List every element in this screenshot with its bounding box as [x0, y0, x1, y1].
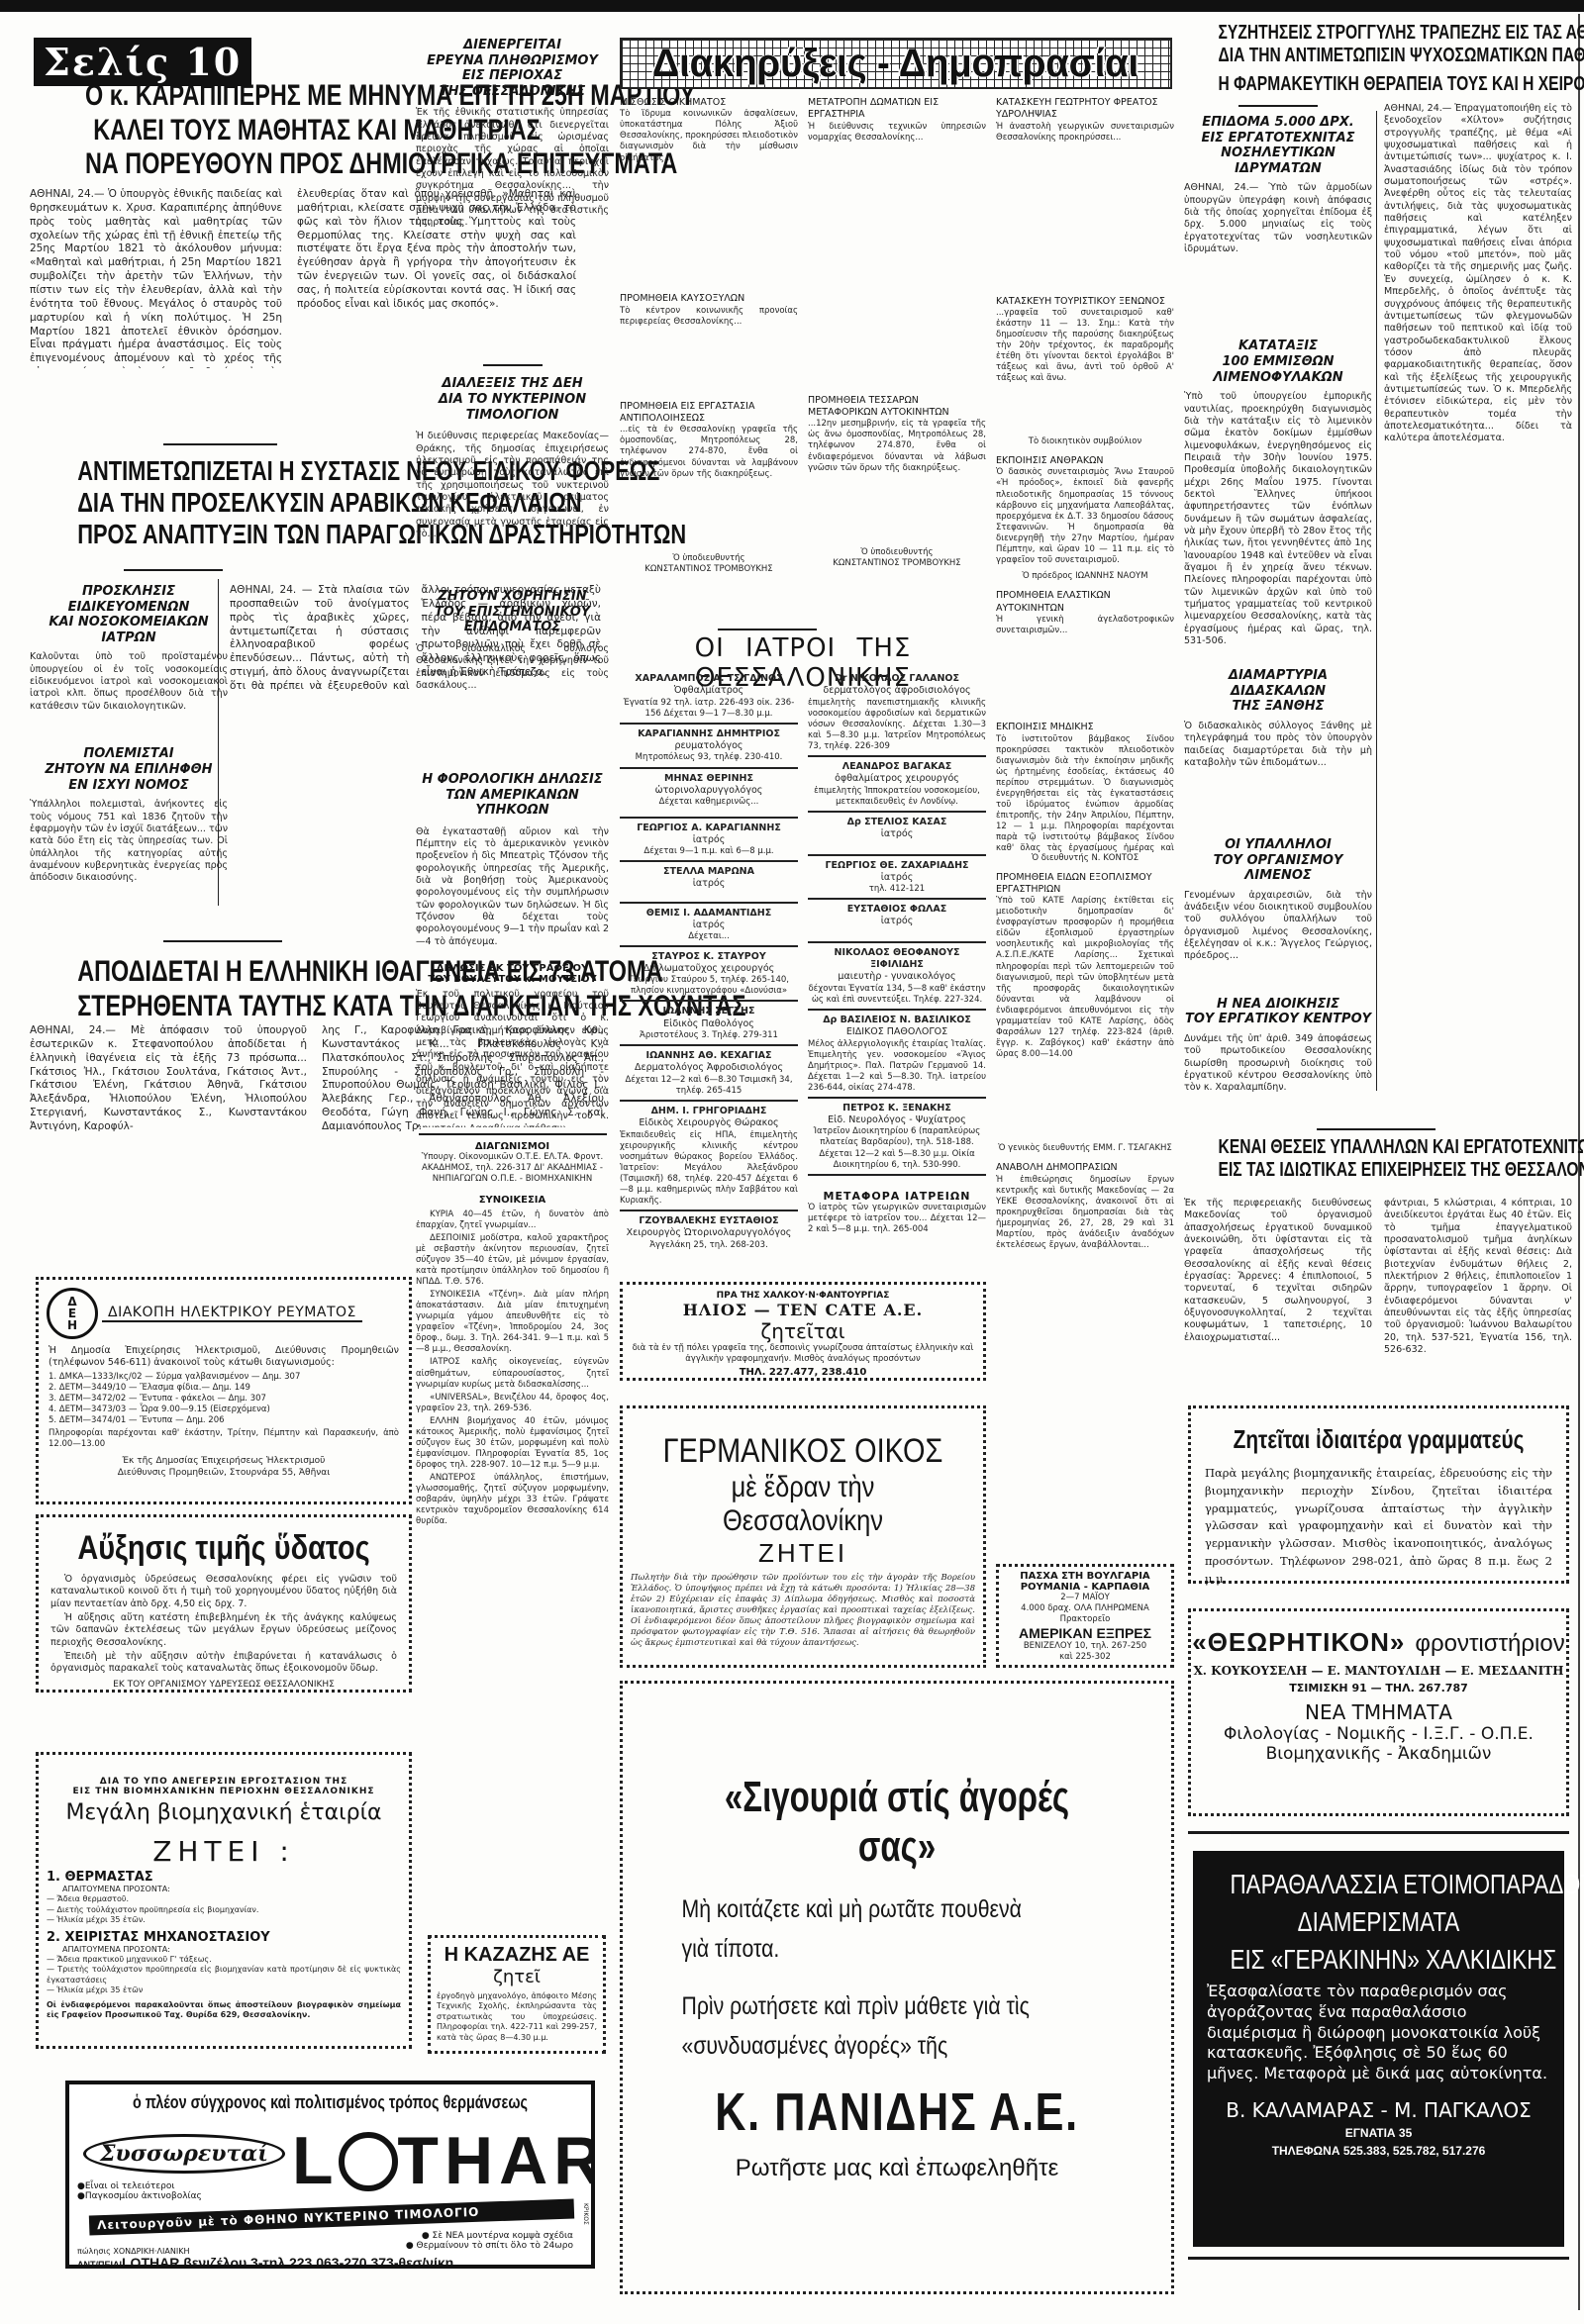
headline-line: ΛΙΜΕΝΟΣ — [1184, 868, 1372, 884]
phone-numbers: ΤΗΛΕΦΩΝΑ 525.383, 525.782, 517.276 — [1193, 2144, 1564, 2158]
headline-line: ΟΙ ΥΠΑΛΛΗΛΟΙ — [1184, 837, 1372, 853]
headline-line: ΤΟΥ ΒΟΥΛΕΥΤΟΥ κ. ΜΟΥΤΣΙΟΥ — [416, 974, 609, 985]
doctor-specialty: Ὀφθαλμίατρος — [620, 685, 798, 697]
sub-article-body: Ὑπάλληλοι πολεμισταὶ, ἀνήκοντες εἰς τοὺς… — [30, 799, 228, 957]
headline-line: 100 ΕΜΜΙΣΘΩΝ — [1184, 354, 1372, 370]
doctor-specialty: ὀφθαλμίατρος χειρουργός — [808, 773, 986, 785]
section-body: Ὑπουργ. Οἰκονομικῶν Ο.Τ.Ε. ΕΛ.ΤΑ. Φροντ.… — [416, 1152, 609, 1185]
subheadline: ΕΙΔΙΚΕΥΟΜΕΝΩΝ — [30, 600, 228, 616]
owners: Χ. ΚΟΥΚΟΥΣΕΛΗ — Ε. ΜΑΝΤΟΥΛΙΔΗ — Ε. ΜΕΣΔΑ… — [1191, 1664, 1566, 1678]
doctor-listing: ΜΗΝΑΣ ΘΕΡΙΝΗΣ ὠτορινολαρυγγολόγος Δέχετα… — [620, 773, 798, 819]
notice-signature: Ὁ ὑποδιευθυντής — [620, 553, 798, 564]
ad-body: διὰ τὰ ἐν τῇ πόλει γραφεῖα της, δεσποινὶ… — [623, 1343, 983, 1365]
doctor-listing: ΚΑΡΑΓΙΑΝΝΗΣ ΔΗΜΗΤΡΙΟΣ ρευματολόγος Μητρο… — [620, 728, 798, 769]
section-heading: ΣΥΝΟΙΚΕΣΙΑ — [416, 1195, 609, 1206]
doctor-name: ΓΕΩΡΓΙΟΣ Α. ΚΑΡΑΓΙΑΝΝΗΣ — [620, 823, 798, 834]
agency-address: ΒΕΝΙΖΕΛΟΥ 10, τηλ. 267-250 — [999, 1641, 1171, 1652]
article-body: Ἡ διεύθυνσις περιφερείας Μακεδονίας—Θράκ… — [416, 431, 609, 579]
german-company-ad: ΓΕΡΜΑΝΙΚΟΣ ΟΙΚΟΣ μὲ ἕδραν τὴν Θεσσαλονίκ… — [620, 1405, 986, 1668]
notice-body: Ἡ ἀναστολὴ γεωργικῶν συνεταιρισμῶν Θεσσα… — [996, 122, 1174, 290]
divider — [163, 940, 282, 942]
ad-body: Παρὰ μεγάλης βιομηχανικῆς ἑταιρείας, ἑδρ… — [1191, 1455, 1566, 1589]
column-rule — [1376, 111, 1377, 1091]
divider — [1238, 105, 1318, 107]
notice-signature: ΚΩΝΣΤΑΝΤΙΝΟΣ ΤΡΟΜΒΟΥΚΗΣ — [620, 564, 798, 575]
headline-line: ΖΗΤΟΥΝ ΧΟΡΗΓΗΣΙΝ — [416, 589, 609, 605]
divider — [1188, 2257, 1569, 2260]
notice-title: ΜΙΣΘΩΣΙΣ ΟΙΚΗΜΑΤΟΣ — [620, 97, 798, 109]
notice-title: ΠΡΟΜΗΘΕΙΑ ΕΙΔΩΝ ΕΞΟΠΛΙΣΜΟΥ ΕΡΓΑΣΤΗΡΙΩΝ — [996, 872, 1174, 897]
ad-heading: «ΘΕΩΡΗΤΙΚΟΝ» φροντιστήριον — [1191, 1627, 1566, 1658]
ad-note: Πληροφορίαι παρέχονται καθ' ἑκάστην, Τρί… — [39, 1428, 409, 1450]
notice-body: Ὁ δασικὸς συνεταιρισμὸς Ἄνω Σταυροῦ «Ἡ π… — [996, 467, 1174, 571]
article-body: Γενομένων ἀρχαιρεσιῶν, διὰ τὴν ἀνάδειξιν… — [1184, 890, 1372, 989]
right-subcolumn-1: ΕΠΙΔΟΜΑ 5.000 ΔΡΧ. ΕΙΣ ΕΡΓΑΤΟΤΕΧΝΙΤΑΣ ΝΟ… — [1184, 103, 1372, 1093]
doctor-listing: Dr ΝΙΚΟΛΑΟΣ ΓΑΛΑΝΟΣ δερματολόγος ἀφροδισ… — [808, 673, 986, 757]
divider — [1317, 1128, 1435, 1130]
ad-signature: ΕΚ ΤΟΥ ΟΡΓΑΝΙΣΜΟΥ ΥΔΡΕΥΣΕΩΣ ΘΕΣΣΑΛΟΝΙΚΗΣ — [39, 1680, 409, 1692]
logo-letter: Η — [67, 1319, 77, 1331]
ad-signature: Ἐκ τῆς Δημοσίας Ἐπιχειρήσεως Ἠλεκτρισμοῦ — [39, 1456, 409, 1468]
announcements-col1: ΜΙΣΘΩΣΙΣ ΟΙΚΗΜΑΤΟΣ Τὸ ἵδρυμα κοινωνικῶν … — [620, 97, 798, 575]
doctor-listing: ΣΤΑΥΡΟΣ Κ. ΣΤΑΥΡΟΥ Διπλωματοῦχος χειρουρ… — [620, 951, 798, 1003]
banner-title: Διακηρύξεις - Δημοπρασίαι — [652, 42, 1138, 86]
ad-body: Ὁ ὀργανισμὸς ὑδρεύσεως Θεσσαλονίκης φέρε… — [39, 1568, 409, 1676]
ad-intro: Ἡ Δημοσία Ἐπιχείρησις Ἠλεκτρισμοῦ, Διεύθ… — [39, 1339, 409, 1370]
ad-pretitle: ΠΡΑ ΤΗΣ ΧΑΛΚΟΥ·Ν·ΦΑΝΤΟΥΡΓΙΑΣ — [623, 1291, 983, 1301]
column-rule — [218, 579, 219, 906]
doctor-listing: ΙΩΑΝΝΗΣ ΣΕΓΖΗΣ Εἰδικὸς Παθολόγος Ἀριστοτ… — [620, 1006, 798, 1046]
headline-line: ΕΠΙΔΟΜΑΤΟΣ — [416, 620, 609, 635]
requirement: — Διετὴς τοὐλάχιστον προϋπηρεσία εἰς βιο… — [47, 1905, 401, 1915]
headline-line: ΔΗΛΩΣΙΣ ΕΚ ΤΟΥ ΓΡΑΦΕΙΟΥ — [416, 963, 609, 974]
headline-line: ΕΙΣ ΕΡΓΑΤΟΤΕΧΝΙΤΑΣ — [1184, 131, 1372, 146]
headline-line: ΤΗΣ ΘΕΣΣΑΛΟΝΙΚΗΣ — [416, 84, 609, 100]
notice-signature: Τὸ διοικητικὸν συμβούλιον — [996, 436, 1174, 447]
article-body: Θὰ ἐγκατασταθῇ αὔριον καὶ τὴν Πέμπτην εἰ… — [416, 826, 609, 955]
divider — [124, 569, 223, 571]
wants-label: ζητεῖ — [431, 1967, 603, 1987]
sun-face-icon — [339, 2132, 398, 2191]
article-body: Ὑπὸ τοῦ ὑπουργείου ἐμπορικῆς ναυτιλίας, … — [1184, 391, 1372, 658]
headline-line: ΔΙΑΜΑΡΤΥΡΙΑ — [1184, 668, 1372, 684]
company-name: Κ. ΠΑΝΙΔΗΣ Α.Ε. — [677, 2082, 1116, 2143]
doctor-name: ΣΤΕΛΛΑ ΜΑΡΩΝΑ — [620, 866, 798, 878]
article-body-col1: Ἐκ τῆς περιφερειακῆς διευθύνσεως Μακεδον… — [1184, 1198, 1372, 1376]
announcements-banner: Διακηρύξεις - Δημοπρασίαι — [620, 38, 1172, 89]
ad-title: ΔΙΑΜΕΡΙΣΜΑΤΑ — [1231, 1906, 1528, 1938]
position-title: 2. ΧΕΙΡΙΣΤΑΣ ΜΗΧΑΝΟΣΤΑΣΙΟΥ — [47, 1930, 401, 1945]
subheadline: ΠΟΛΕΜΙΣΤΑΙ — [30, 746, 228, 762]
doctor-name: ΜΗΝΑΣ ΘΕΡΙΝΗΣ — [620, 773, 798, 785]
notice-title: ΚΑΤΑΣΚΕΥΗ ΤΟΥΡΙΣΤΙΚΟΥ ΞΕΝΩΝΟΣ — [996, 296, 1174, 308]
notice-body: Τὸ ἰνστιτοῦτον βάμβακος Σίνδου προκηρύσσ… — [996, 734, 1174, 853]
doctor-info: Μητροπόλεως 93, τηλέφ. 230-410. — [620, 752, 798, 763]
outage-item: 4. ΔΕΤΜ—3473/03 — Ὧρα 9.00—9.15 (Εἰσερχό… — [49, 1404, 399, 1415]
requirement: — Ἄδεια θερμαστοῦ. — [47, 1894, 401, 1904]
panidis-ad: «Σιγουριά στίς ἀγορές σας» Μὴ κοιτάζετε … — [620, 1681, 1174, 2294]
bullet: ● Σὲ ΝΕΑ μοντέρνα κομψὰ σχέδια — [406, 2231, 573, 2241]
notice-body: ...εἰς τὰ ἐν Θεσσαλονίκῃ γραφεῖα τῆς ὁμο… — [620, 425, 798, 553]
requirements-label: ΑΠΑΙΤΟΥΜΕΝΑ ΠΡΟΣΟΝΤΑ: — [47, 1885, 401, 1894]
doctor-specialty: Εἰδικὸς Χειρουργὸς Θώρακος — [620, 1117, 798, 1129]
lothar-heater-ad: ὁ πλέον σύγχρονος καὶ πολιτισμένος τρόπο… — [65, 2081, 595, 2269]
divider — [1188, 1831, 1569, 1834]
doctor-specialty: Εἰδ. Νευρολόγος - Ψυχίατρος — [808, 1114, 986, 1126]
headline-line: ΝΟΣΗΛΕΥΤΙΚΩΝ — [1184, 145, 1372, 161]
bullets-left: ●Εἶναι οἱ τελειότεροι ●Παγκοσμίου ἀκτινο… — [77, 2181, 202, 2201]
agency-name: ΑΜΕΡΙΚΑΝ ΕΞΠΡΕΣ — [999, 1625, 1171, 1641]
agency-label: Πρακτορεῖο — [999, 1614, 1171, 1625]
section-body: Ὁ ἰατρὸς τῶν γεωργικῶν συνεταιρισμῶν μετ… — [808, 1203, 986, 1235]
brand-logo: LOTHAR — [292, 2122, 595, 2199]
doctor-name: ΠΕΤΡΟΣ Κ. ΞΕΝΑΚΗΣ — [808, 1103, 986, 1114]
article-body: Ἐκ τοῦ πολιτικοῦ γραφείου τοῦ βουλευτοῦ … — [416, 989, 609, 1127]
doctor-listing: ΓΕΩΡΓΙΟΣ Α. ΚΑΡΑΓΙΑΝΝΗΣ ἰατρός Δέχεται 9… — [620, 823, 798, 862]
doctor-info: Δέχεται 9—1 π.μ. καὶ 6—8 μ.μ. — [620, 846, 798, 857]
notice-signature: ΚΩΝΣΤΑΝΤΙΝΟΣ ΤΡΟΜΒΟΥΚΗΣ — [808, 558, 986, 569]
doctor-info: Ἀγγελάκη 25, τηλ. 268-203. — [620, 1240, 798, 1251]
secretary-wanted-ad: Ζητεῖται ἰδιαιτέρα γραμματεύς Παρὰ μεγάλ… — [1188, 1405, 1569, 1584]
doctor-name: ΕΥΣΤΑΘΙΟΣ ΦΩΛΑΣ — [808, 904, 986, 916]
agency-address: καὶ 225-302 — [999, 1652, 1171, 1663]
notice-signature: Ὁ διευθυντής Ν. ΚΟΝΤΟΣ — [996, 853, 1174, 864]
page-top-bar — [0, 0, 1584, 12]
bullet: ●Εἶναι οἱ τελειότεροι — [77, 2181, 202, 2191]
requirement: — Τριετὴς τοὐλάχιστον προϋπηρεσία εἰς βι… — [47, 1965, 401, 1985]
ad-title: ΠΑΡΑΘΑΛΑΣΣΙΑ ΕΤΟΙΜΟΠΑΡΑΔΟΤΑ — [1231, 1869, 1528, 1900]
subheadline: ΙΑΤΡΩΝ — [30, 630, 228, 646]
doctor-name: Dr ΝΙΚΟΛΑΟΣ ΓΑΛΑΝΟΣ — [808, 673, 986, 685]
notice-signature: Ὁ πρόεδρος ΙΩΑΝΝΗΣ ΝΑΟΥΜ — [996, 571, 1174, 582]
bullets-right: ● Σὲ ΝΕΑ μοντέρνα κομψὰ σχέδια ● Θερμαίν… — [406, 2231, 573, 2251]
subheadline: ΖΗΤΟΥΝ ΝΑ ΕΠΙΛΗΦΘΗ — [30, 762, 228, 778]
headline-line: ΤΩΝ ΑΜΕΡΙΚΑΝΩΝ — [416, 788, 609, 804]
notice-body: Τὸ ἵδρυμα κοινωνικῶν ἀσφαλίσεων, ὑποκατά… — [620, 109, 798, 287]
doctor-specialty: Εἰδικὸς Παθολόγος — [620, 1018, 798, 1030]
school-name: «ΘΕΩΡΗΤΙΚΟΝ» — [1192, 1627, 1405, 1658]
outage-list: 1. ΔΜΚΑ—1333/Ικς/02 — Σύρμα γαλβανισμένο… — [39, 1370, 409, 1428]
headline-line: ΛΙΜΕΝΟΦΥΛΑΚΩΝ — [1184, 370, 1372, 386]
doctor-info: Μέλος ἀλλεργιολογικῆς ἑταιρίας Ἰταλίας. … — [808, 1039, 986, 1094]
dei-power-outage-ad: Δ Ε Η ΔΙΑΚΟΠΗ ΗΛΕΚΤΡΙΚΟΥ ΡΕΥΜΑΤΟΣ Ἡ Δημο… — [36, 1277, 412, 1504]
ad-subtitle: μὲ ἕδραν τὴν Θεσσαλονίκην — [649, 1471, 955, 1538]
requirement: — Ἡλικία μέχρι 35 ἐτῶν. — [47, 1915, 401, 1925]
classified-item: «UNIVERSAL», Βενιζέλου 44, ὄροφος 4ος, γ… — [416, 1393, 609, 1414]
notice-body: ...12ην μεσημβρινήν, εἰς τὰ γραφεῖα τῆς … — [808, 419, 986, 547]
school-type: φροντιστήριον — [1415, 1630, 1564, 1658]
ad-closing: Ρωτῆστε μας καὶ ἐπωφεληθῆτε — [623, 2155, 1171, 2182]
doctor-info: Δέχεται... — [620, 931, 798, 942]
doctor-info: ἐπιμελητὴς πανεπιστημιακῆς κλινικῆς νοσο… — [808, 698, 986, 752]
notice-title: ΠΡΟΜΗΘΕΙΑ ΕΙΣ ΕΡΓΑΣΤΑΣΙΑ ΑΝΤΙΠΟΛΟΙΗΣΕΩΣ — [620, 401, 798, 426]
ad-title: Η ΚΑΖΑΖΗΣ ΑΕ — [431, 1944, 603, 1967]
doctor-info: Ἀριστοτέλους 3. Τηλέφ. 279-311 — [620, 1030, 798, 1041]
doctor-specialty: ὠτορινολαρυγγολόγος — [620, 785, 798, 797]
doctor-name: ΣΤΑΥΡΟΣ Κ. ΣΤΑΥΡΟΥ — [620, 951, 798, 963]
article-body: ΑΘΗΝΑΙ, 24.— Ἐπραγματοποιήθη εἰς τὸ ξενο… — [1384, 103, 1572, 1083]
water-price-ad: Αὔξησις τιμῆς ὕδατος Ὁ ὀργανισμὸς ὑδρεύσ… — [36, 1514, 412, 1693]
outage-item: 5. ΔΕΤΜ—3474/01 — Ἔντυπα — Δημ. 206 — [49, 1415, 399, 1426]
agents: Β. ΚΑΛΑΜΑΡΑΣ - Μ. ΠΑΓΚΑΛΟΣ — [1193, 2098, 1564, 2122]
article-body: Ἐκ τῆς ἐθνικῆς στατιστικῆς ὑπηρεσίας Ἑλλ… — [416, 107, 609, 354]
sub-article-invitation: ΠΡΟΣΚΛΗΣΙΣ ΕΙΔΙΚΕΥΟΜΕΝΩΝ ΚΑΙ ΝΟΣΟΚΟΜΕΙΑΚ… — [30, 584, 228, 957]
notice-body: ...γραφεῖα τοῦ συνεταιρισμοῦ καθ' ἑκάστη… — [996, 308, 1174, 436]
doctor-name: ΚΑΡΑΓΙΑΝΝΗΣ ΔΗΜΗΤΡΙΟΣ — [620, 728, 798, 740]
positions-list: 1. ΘΕΡΜΑΣΤΑΣ ΑΠΑΙΤΟΥΜΕΝΑ ΠΡΟΣΟΝΤΑ: — Ἄδε… — [39, 1870, 409, 2020]
gerakini-apartments-ad: ΠΑΡΑΘΑΛΑΣΣΙΑ ΕΤΟΙΜΟΠΑΡΑΔΟΤΑ ΔΙΑΜΕΡΙΣΜΑΤΑ… — [1193, 1851, 1564, 2247]
notice-body: Τὸ κέντρον κοινωνικῆς προνοίας περιφερεί… — [620, 306, 798, 395]
doctor-info: τηλ. 412-121 — [808, 884, 986, 895]
doctor-info: Δέχεται 12—2 καὶ 6—8.30 Τσιμισκῆ 34, τηλ… — [620, 1075, 798, 1097]
lothar-contact: ΑΝΤ/ΠΕΙΑΙLOTHAR βενιζέλου 3-τηλ.223.063-… — [77, 2255, 453, 2269]
contact-line: LOTHAR βενιζέλου 3-τηλ.223.063-270.373-θ… — [122, 2255, 453, 2269]
doctor-listing: ΕΥΣΤΑΘΙΟΣ ΦΩΛΑΣ ἰατρός — [808, 904, 986, 943]
notice-title: ΠΡΟΜΗΘΕΙΑ ΤΕΣΣΑΡΩΝ ΜΕΤΑΦΟΡΙΚΩΝ ΑΥΤΟΚΙΝΗΤ… — [808, 395, 986, 420]
doctor-info: Ἐγνατία 92 τηλ. ἰατρ. 226-493 οἰκ. 236-1… — [620, 698, 798, 720]
subheadline: ΚΑΙ ΝΟΣΟΚΟΜΕΙΑΚΩΝ — [30, 615, 228, 630]
american-express-travel-ad: ΠΑΣΧΑ ΣΤΗ ΒΟΥΛΓΑΡΙΑ ΡΟΥΜΑΝΙΑ - ΚΑΡΠΑΘΙΑ … — [996, 1564, 1174, 1668]
notice-body: Ἡ διεύθυνσις τεχνικῶν ὑπηρεσιῶν νομαρχία… — [808, 122, 986, 389]
ad-line: Μὴ κοιτάζετε καὶ μὴ ρωτᾶτε πουθενὰ γιὰ τ… — [623, 1872, 1089, 1969]
headline-line: ΕΙΣ ΤΑΣ ΙΔΙΩΤΙΚΑΣ ΕΠΙΧΕΙΡΗΣΕΙΣ ΤΗΣ ΘΕΣΣΑ… — [1219, 1159, 1532, 1182]
doctor-listing: ΝΙΚΟΛΑΟΣ ΘΕΟΦΑΝΟΥΣ ΞΙΦΙΛΙΔΗΣ μαιευτὴρ - … — [808, 947, 986, 1011]
doctor-specialty: ρευματολόγος — [620, 740, 798, 752]
bullet: ● Θερμαίνουν τὸ σπίτι ὅλο τὸ 24ωρο — [406, 2241, 573, 2251]
classified-item: ΑΝΩΤΕΡΟΣ ὑπάλληλος, ἐπιστήμων, γλωσσομαθ… — [416, 1473, 609, 1527]
doctor-specialty: ἰατρός — [620, 834, 798, 846]
notice-body: Ἡ γενικὴ ἀγελαδοτροφικῶν συνεταιρισμῶν..… — [996, 615, 1174, 714]
doctor-name: ΝΙΚΟΛΑΟΣ ΘΕΟΦΑΝΟΥΣ ΞΙΦΙΛΙΔΗΣ — [808, 947, 986, 972]
notice-title: ΑΝΑΒΟΛΗ ΔΗΜΟΠΡΑΣΙΩΝ — [996, 1162, 1174, 1174]
doctor-info: Ἰατρεῖον Διοικητηρίου 6 (παραπλεύρως πλα… — [808, 1126, 986, 1170]
headline-line: ΚΕΝΑΙ ΘΕΣΕΙΣ ΥΠΑΛΛΗΛΩΝ ΚΑΙ ΕΡΓΑΤΟΤΕΧΝΙΤΩ… — [1219, 1136, 1532, 1159]
doctor-listing: ΔΗΜ. Ι. ΓΡΗΓΟΡΙΑΔΗΣ Εἰδικὸς Χειρουργὸς Θ… — [620, 1106, 798, 1211]
doctors-list-right: Dr ΝΙΚΟΛΑΟΣ ΓΑΛΑΝΟΣ δερματολόγος ἀφροδισ… — [808, 673, 986, 1235]
notice-title: ΕΚΠΟΙΗΣΙΣ ΑΝΘΡΑΚΩΝ — [996, 455, 1174, 467]
phone-number: ΤΗΛ. 227.477, 238.410 — [623, 1367, 983, 1378]
subheadline: Η ΦΑΡΜΑΚΕΥΤΙΚΗ ΘΕΡΑΠΕΙΑ ΤΟΥΣ ΚΑΙ Η ΧΕΙΡΟ… — [1219, 73, 1532, 96]
announcements-col2: ΜΕΤΑΤΡΟΠΗ ΔΩΜΑΤΙΩΝ ΕΙΣ ΕΡΓΑΣΤΗΡΙΑ Ἡ διεύ… — [808, 97, 986, 569]
headline-line: ΔΙΑ ΤΗΝ ΑΝΤΙΜΕΤΩΠΙΣΙΝ ΨΥΧΟΣΩΜΑΤΙΚΩΝ ΠΑΘΗ… — [1219, 45, 1532, 67]
doctor-specialty: ἰατρός — [808, 828, 986, 840]
notice-signature: Ὁ ὑποδιευθυντής — [808, 547, 986, 558]
outage-item: 3. ΔΕΤΜ—3472/02 — Ἔντυπα - φάκελοι — Δημ… — [49, 1394, 399, 1404]
classified-item: ΚΥΡΙΑ 40—45 ἐτῶν, ἡ δυνατὸν ἀπὸ ἐπαρχίαν… — [416, 1210, 609, 1231]
industrial-company-ad: ΔΙΑ ΤΟ ΥΠΟ ΑΝΕΓΕΡΣΙΝ ΕΡΓΟΣΤΑΣΙΟΝ ΤΗΣ ΕΙΣ… — [36, 1752, 412, 2049]
headline-line: ΤΙΜΟΛΟΓΙΟΝ — [416, 408, 609, 424]
wants-label: ΖΗΤΕΙ — [623, 1538, 983, 1569]
doctor-listing: Δρ ΣΤΕΛΙΟΣ ΚΑΣΑΣ ἰατρός — [808, 817, 986, 856]
doctor-info: Γεωργίου Σταύρου 5, τηλέφ. 265-140, πλησ… — [620, 975, 798, 997]
ad-tagline: ὁ πλέον σύγχρονος καὶ πολιτισμένος τρόπο… — [122, 2092, 540, 2113]
ad-pretitle: ΔΙΑ ΤΟ ΥΠΟ ΑΝΕΓΕΡΣΙΝ ΕΡΓΟΣΤΑΣΙΟΝ ΤΗΣ — [39, 1777, 409, 1787]
ad-body: ἐργοδηγὸ μηχανολόγο, ἀπόφοιτο Μέσης Τεχν… — [431, 1987, 603, 2047]
doctor-listing: ΣΤΕΛΛΑ ΜΑΡΩΝΑ ἰατρός — [620, 866, 798, 904]
company-name: Μεγάλη βιομηχανική ἑταιρία — [39, 1800, 409, 1825]
article-body-col2: φάντριαι, 5 κλώστριαι, 4 κόπτριαι, 10 ἀν… — [1384, 1198, 1572, 1376]
ad-title: ΠΑΣΧΑ ΣΤΗ ΒΟΥΛΓΑΡΙΑ — [999, 1571, 1171, 1582]
notice-title: ΠΡΟΜΗΘΕΙΑ ΕΛΑΣΤΙΚΩΝ ΑΥΤΟΚΙΝΗΤΩΝ — [996, 590, 1174, 615]
department-list: Φιλολογίας - Νομικῆς - Ι.Ξ.Γ. - Ο.Π.Ε. — [1191, 1724, 1566, 1744]
ad-pretitle: ΕΙΣ ΤΗΝ ΒΙΟΜΗΧΑΝΙΚΗΝ ΠΕΡΙΟΧΗΝ ΘΕΣΣΑΛΟΝΙΚ… — [39, 1787, 409, 1796]
doctor-name: ΧΑΡΑΛΑΜΠΟΣ Α. ΤΣΙΓΔΙΝΟΣ — [620, 673, 798, 685]
classified-item: ΕΛΛΗΝ βιομήχανος 40 ἐτῶν, μόνιμος κάτοικ… — [416, 1416, 609, 1471]
notice-body: Ὑπὸ τοῦ ΚΑΤΕ Λαρίσης ἐκτίθεται εἰς μειοδ… — [996, 896, 1174, 1143]
doctor-name: Δρ ΒΑΣΙΛΕΙΟΣ Ν. ΒΑΣΙΛΙΚΟΣ — [808, 1015, 986, 1026]
doctor-info: Δέχεται καθημερινῶς... — [620, 797, 798, 808]
outage-item: 2. ΔΕΤΜ—3449/10 — Ἔλασμα φίδια.— Δημ. 14… — [49, 1383, 399, 1394]
headline-line: ΣΥΖΗΤΗΣΕΙΣ ΣΤΡΟΓΓΥΛΗΣ ΤΡΑΠΕΖΗΣ ΕΙΣ ΤΑΣ Α… — [1219, 22, 1532, 45]
article-body-col1: ΑΘΗΝΑΙ, 24.— Ὁ ὑπουργὸς ἐθνικῆς παιδείας… — [30, 188, 282, 368]
headline-line: ΤΗΣ ΞΑΝΘΗΣ — [1184, 699, 1372, 715]
headline-line: Η ΦΟΡΟΛΟΓΙΚΗ ΔΗΛΩΣΙΣ — [416, 772, 609, 788]
dei-logo-icon: Δ Ε Η — [47, 1288, 98, 1339]
ad-title: ΕΙΣ «ΓΕΡΑΚΙΝΗΝ» ΧΑΛΚΙΔΙΚΗΣ — [1231, 1944, 1528, 1976]
address: ΕΓΝΑΤΙΑ 35 — [1193, 2126, 1564, 2140]
headline-line: ΤΟΥ ΕΠΙΣΤΗΜΟΝΙΚΟΥ — [416, 605, 609, 621]
classified-item: ΣΥΝΟΙΚΕΣΙΑ «Τζένη». Διὰ μίαν πλήρη ἀποκα… — [416, 1290, 609, 1355]
kazazis-ad: Η ΚΑΖΑΖΗΣ ΑΕ ζητεῖ ἐργοδηγὸ μηχανολόγο, … — [428, 1935, 606, 2054]
notice-body: Ἡ ἐπιθεώρησις δημοσίων ἔργων κεντρικῆς κ… — [996, 1175, 1174, 1323]
section-heading: ΜΕΤΑΦΟΡΑ ΙΑΤΡΕΙΩΝ — [808, 1190, 986, 1203]
article-body: ΑΘΗΝΑΙ, 24.— Ὑπὸ τῶν ἁρμοδίων ὑπουργῶν ὑ… — [1184, 182, 1372, 331]
ad-title: ΔΙΑΚΟΠΗ ΗΛΕΚΤΡΙΚΟΥ ΡΕΥΜΑΤΟΣ — [102, 1305, 362, 1322]
notice-title: ΠΡΟΜΗΘΕΙΑ ΚΑΥΣΟΞΥΛΩΝ — [620, 293, 798, 305]
paragraph: Ἡ αὔξησις αὕτη κατέστη ἐπιβεβλημένη ἐκ τ… — [50, 1612, 397, 1649]
announcements-col3: ΚΑΤΑΣΚΕΥΗ ΓΕΩΤΡΗΤΟΥ ΦΡΕΑΤΟΣ ΥΔΡΟΛΗΨΙΑΣ Ἡ… — [996, 97, 1174, 1323]
doctor-name: ΛΕΑΝΔΡΟΣ ΒΑΓΑΚΑΣ — [808, 761, 986, 773]
ad-slogan: «Σιγουριά στίς ἀγορές σας» — [691, 1773, 1103, 1872]
doctor-listing: ΠΕΤΡΟΣ Κ. ΞΕΝΑΚΗΣ Εἰδ. Νευρολόγος - Ψυχί… — [808, 1103, 986, 1176]
divider — [483, 364, 543, 366]
divider — [163, 443, 277, 445]
doctor-specialty: ἰατρός — [620, 878, 798, 890]
article-body: Ὁ διδασκαλικὸς σύλλογος Ξάνθης μὲ τηλεγρ… — [1184, 721, 1372, 829]
doctors-list-left: ΧΑΡΑΛΑΜΠΟΣ Α. ΤΣΙΓΔΙΝΟΣ Ὀφθαλμίατρος Ἐγν… — [620, 673, 798, 1251]
contact-prefix: ΑΝΤ/ΠΕΙΑΙ — [77, 2260, 122, 2269]
ad-title: Αὔξησις τιμῆς ὕδατος — [66, 1529, 381, 1568]
script-logo: Συσσωρευταί — [83, 2134, 285, 2174]
ad-line: Πρὶν ρωτήσετε καὶ πρὶν μάθετε γιὰ τὶς «σ… — [623, 1969, 1089, 2066]
night-tariff-banner: Λειτουργοῦν μὲ τὸ ΦΘΗΝΟ ΝΥΚΤΕΡΙΝΟ ΤΙΜΟΛΟ… — [89, 2198, 574, 2235]
paragraph: Ὁ ὀργανισμὸς ὑδρεύσεως Θεσσαλονίκης φέρε… — [50, 1574, 397, 1610]
doctor-name: ΓΖΟΥΒΑΛΕΚΗΣ ΕΥΣΤΑΘΙΟΣ — [620, 1215, 798, 1227]
doctor-listing: ΙΩΑΝΝΗΣ ΑΘ. ΚΕΧΑΓΙΑΣ Δερματολόγος Ἀφροδι… — [620, 1050, 798, 1102]
new-departments-label: ΝΕΑ ΤΜΗΜΑΤΑ — [1191, 1700, 1566, 1724]
doctor-name: ΘΕΜΙΣ Ι. ΑΔΑΜΑΝΤΙΔΗΣ — [620, 908, 798, 920]
doctor-name: Δρ ΣΤΕΛΙΟΣ ΚΑΣΑΣ — [808, 817, 986, 828]
subheadline: ΠΡΟΣΚΛΗΣΙΣ — [30, 584, 228, 600]
headline-line: Η ΝΕΑ ΔΙΟΙΚΗΣΙΣ — [1184, 997, 1372, 1013]
notice-signature: Ὁ γενικὸς διευθυντής ΕΜΜ. Γ. ΤΣΑΓΑΚΗΣ — [996, 1143, 1174, 1154]
sub-article-body: Καλοῦνται ὑπὸ τοῦ προϊσταμένου ὑπουργείο… — [30, 651, 228, 738]
notice-title: ΜΕΤΑΤΡΟΠΗ ΔΩΜΑΤΙΩΝ ΕΙΣ ΕΡΓΑΣΤΗΡΙΑ — [808, 97, 986, 122]
doctor-name: ΓΕΩΡΓΙΟΣ ΘΕ. ΖΑΧΑΡΙΑΔΗΣ — [808, 860, 986, 872]
wants-label: ζητεῖται — [623, 1319, 983, 1343]
ad-credit: ΚΡΙΚΟΣ — [582, 2203, 589, 2225]
doctor-name: ΙΩΑΝΝΗΣ ΣΕΓΖΗΣ — [620, 1006, 798, 1017]
headline-line: ΔΙΑ ΤΟ ΝΥΚΤΕΡΙΝΟΝ — [416, 392, 609, 408]
doctor-specialty: Χειρουργὸς Ὠτορινολαρυγγολόγος — [620, 1227, 798, 1239]
headline-line: ΤΟΥ ΟΡΓΑΝΙΣΜΟΥ — [1184, 853, 1372, 869]
doctor-specialty: Δερματολόγος Ἀφροδισιολόγος — [620, 1062, 798, 1074]
doctor-info: Ἐκπαιδευθεὶς εἰς ΗΠΑ, ἐπιμελητὴς χειρουρ… — [620, 1130, 798, 1207]
headline-line: ΔΙΑΛΕΞΕΙΣ ΤΗΣ ΔΕΗ — [416, 376, 609, 392]
headline-line: ΔΙΕΝΕΡΓΕΙΤΑΙ — [416, 38, 609, 53]
ad-body: Πωλητὴν διὰ τὴν προώθησιν τῶν προϊόντων … — [623, 1569, 983, 1653]
doctor-specialty: ΕΙΔΙΚΟΣ ΠΑΘΟΛΟΓΟΣ — [808, 1026, 986, 1038]
article-body: Ὁ διδασκαλικὸς σύλλογος Θεσσαλονίκης ζητ… — [416, 643, 609, 762]
classified-item: ΙΑΤΡΟΣ καλῆς οἰκογενείας, εὐγενῶν αἰσθημ… — [416, 1357, 609, 1390]
doctor-listing: ΓΖΟΥΒΑΛΕΚΗΣ ΕΥΣΤΑΘΙΟΣ Χειρουργὸς Ὠτορινο… — [620, 1215, 798, 1251]
department-list: Βιομηχανικῆς - Ἀκαδημιῶν — [1191, 1744, 1566, 1764]
doctor-name: ΙΩΑΝΝΗΣ ΑΘ. ΚΕΧΑΓΙΑΣ — [620, 1050, 798, 1062]
requirement: — Ἡλικία μέχρι 35 ἐτῶν — [47, 1985, 401, 1995]
doctor-specialty: μαιευτὴρ - γυναικολόγος — [808, 971, 986, 983]
divider — [419, 1133, 607, 1135]
ad-subtitle: ΡΟΥΜΑΝΙΑ - ΚΑΡΠΑΘΙΑ — [999, 1582, 1171, 1593]
round-table-article: ΣΥΖΗΤΗΣΕΙΣ ΣΤΡΟΓΓΥΛΗΣ ΤΡΑΠΕΖΗΣ ΕΙΣ ΤΑΣ Α… — [1174, 22, 1575, 96]
doctor-specialty: ἰατρός — [808, 916, 986, 927]
doctor-specialty: δερματολόγος ἀφροδισιολόγος — [808, 685, 986, 697]
headline-line: ΕΙΣ ΠΕΡΙΟΧΑΣ — [416, 68, 609, 84]
headline-line: ΔΙΔΑΣΚΑΛΩΝ — [1184, 684, 1372, 700]
doctor-listing: ΧΑΡΑΛΑΜΠΟΣ Α. ΤΣΙΓΔΙΝΟΣ Ὀφθαλμίατρος Ἐγν… — [620, 673, 798, 725]
doctor-name: ΔΗΜ. Ι. ΓΡΗΓΟΡΙΑΔΗΣ — [620, 1106, 798, 1117]
headline-line: ΕΠΙΔΟΜΑ 5.000 ΔΡΧ. — [1184, 115, 1372, 131]
theoritikon-tutoring-ad: «ΘΕΩΡΗΤΙΚΟΝ» φροντιστήριον Χ. ΚΟΥΚΟΥΣΕΛΗ… — [1188, 1608, 1569, 1816]
notice-title: ΕΚΠΟΙΗΣΙΣ ΜΗΔΙΚΗΣ — [996, 722, 1174, 733]
outage-item: 1. ΔΜΚΑ—1333/Ικς/02 — Σύρμα γαλβανισμένο… — [49, 1372, 399, 1383]
paragraph: Ἐπειδὴ μὲ τὴν αὔξησιν αὐτὴν ἐπιβαρύνεται… — [50, 1651, 397, 1676]
doctor-specialty: ἰατρός — [620, 920, 798, 931]
doctor-listing: ΓΕΩΡΓΙΟΣ ΘΕ. ΖΑΧΑΡΙΑΔΗΣ ἰατρός τηλ. 412-… — [808, 860, 986, 900]
doctor-listing: ΘΕΜΙΣ Ι. ΑΔΑΜΑΝΤΙΔΗΣ ἰατρός Δέχεται... — [620, 908, 798, 947]
travel-price: 4.000 δραχ. ΟΛΑ ΠΛΗΡΩΜΕΝΑ — [999, 1603, 1171, 1614]
doctor-listing: Δρ ΒΑΣΙΛΕΙΟΣ Ν. ΒΑΣΙΛΙΚΟΣ ΕΙΔΙΚΟΣ ΠΑΘΟΛΟ… — [808, 1015, 986, 1099]
travel-dates: 2—7 ΜΑΪΟΥ — [999, 1593, 1171, 1603]
headline-line: ΥΠΗΚΟΩΝ — [416, 803, 609, 819]
divider — [718, 629, 817, 630]
doctor-listing: ΛΕΑΝΔΡΟΣ ΒΑΓΑΚΑΣ ὀφθαλμίατρος χειρουργός… — [808, 761, 986, 813]
section-heading: ΔΙΑΓΩΝΙΣΜΟΙ — [416, 1141, 609, 1152]
requirements-label: ΑΠΑΙΤΟΥΜΕΝΑ ΠΡΟΣΟΝΤΑ: — [47, 1945, 401, 1955]
headline-line: ΚΑΤΑΤΑΞΙΣ — [1184, 339, 1372, 354]
doctor-info: ἐπιμελητὴς Ἱπποκρατείου νοσοκομείου, μετ… — [808, 786, 986, 808]
ad-footer: Οἱ ἐνδιαφερόμενοι παρακαλοῦνται ὅπως ἀπο… — [47, 2000, 401, 2021]
census-article: ΔΙΕΝΕΡΓΕΙΤΑΙ ΕΡΕΥΝΑ ΠΛΗΘΩΡΙΣΜΟΥ ΕΙΣ ΠΕΡΙ… — [416, 38, 609, 1529]
doctor-info: δέχονται Ἐγνατία 134, 5—8 καθ' ἑκάστην ὡ… — [808, 984, 986, 1006]
personals-list: ΚΥΡΙΑ 40—45 ἐτῶν, ἡ δυνατὸν ἀπὸ ἐπαρχίαν… — [416, 1210, 609, 1527]
subheadline: ΕΝ ΙΣΧΥΙ ΝΟΜΟΣ — [30, 778, 228, 794]
notice-title: ΚΑΤΑΣΚΕΥΗ ΓΕΩΤΡΗΤΟΥ ΦΡΕΑΤΟΣ ΥΔΡΟΛΗΨΙΑΣ — [996, 97, 1174, 122]
ad-body: Ἐξασφαλίσατε τὸν παραθερισμόν σας ἀγοράζ… — [1193, 1976, 1564, 2084]
headline-line: ΤΟΥ ΕΡΓΑΤΙΚΟΥ ΚΕΝΤΡΟΥ — [1184, 1012, 1372, 1027]
wants-label: ΖΗΤΕΙ : — [39, 1835, 409, 1868]
classified-item: ΔΕΣΠΟΙΝΙΣ μοδίστρα, καλοῦ χαρακτῆρος μὲ … — [416, 1233, 609, 1288]
requirement: — Ἄδεια πρακτικοῦ μηχανικοῦ Γ' τάξεως. — [47, 1955, 401, 1965]
vacancies-article: ΚΕΝΑΙ ΘΕΣΕΙΣ ΥΠΑΛΛΗΛΩΝ ΚΑΙ ΕΡΓΑΤΟΤΕΧΝΙΤΩ… — [1174, 1136, 1575, 1182]
headline-line: ΙΔΡΥΜΑΤΩΝ — [1184, 161, 1372, 177]
position-title: 1. ΘΕΡΜΑΣΤΑΣ — [47, 1870, 401, 1885]
company-name: ΗΛΙΟΣ — ΤΕΝ CATE Α.Ε. — [623, 1301, 983, 1319]
doctor-specialty: ἰατρός — [808, 872, 986, 884]
headline-line: ΕΡΕΥΝΑ ΠΛΗΘΩΡΙΣΜΟΥ — [416, 53, 609, 69]
article-body-col1: ΑΘΗΝΑΙ, 24.— Μὲ ἀπόφασιν τοῦ ὑπουργοῦ ἐσ… — [30, 1024, 307, 1232]
doctor-specialty: Διπλωματοῦχος χειρουργός — [620, 963, 798, 975]
ad-title: ΓΕΡΜΑΝΙΚΟΣ ΟΙΚΟΣ — [649, 1432, 955, 1471]
